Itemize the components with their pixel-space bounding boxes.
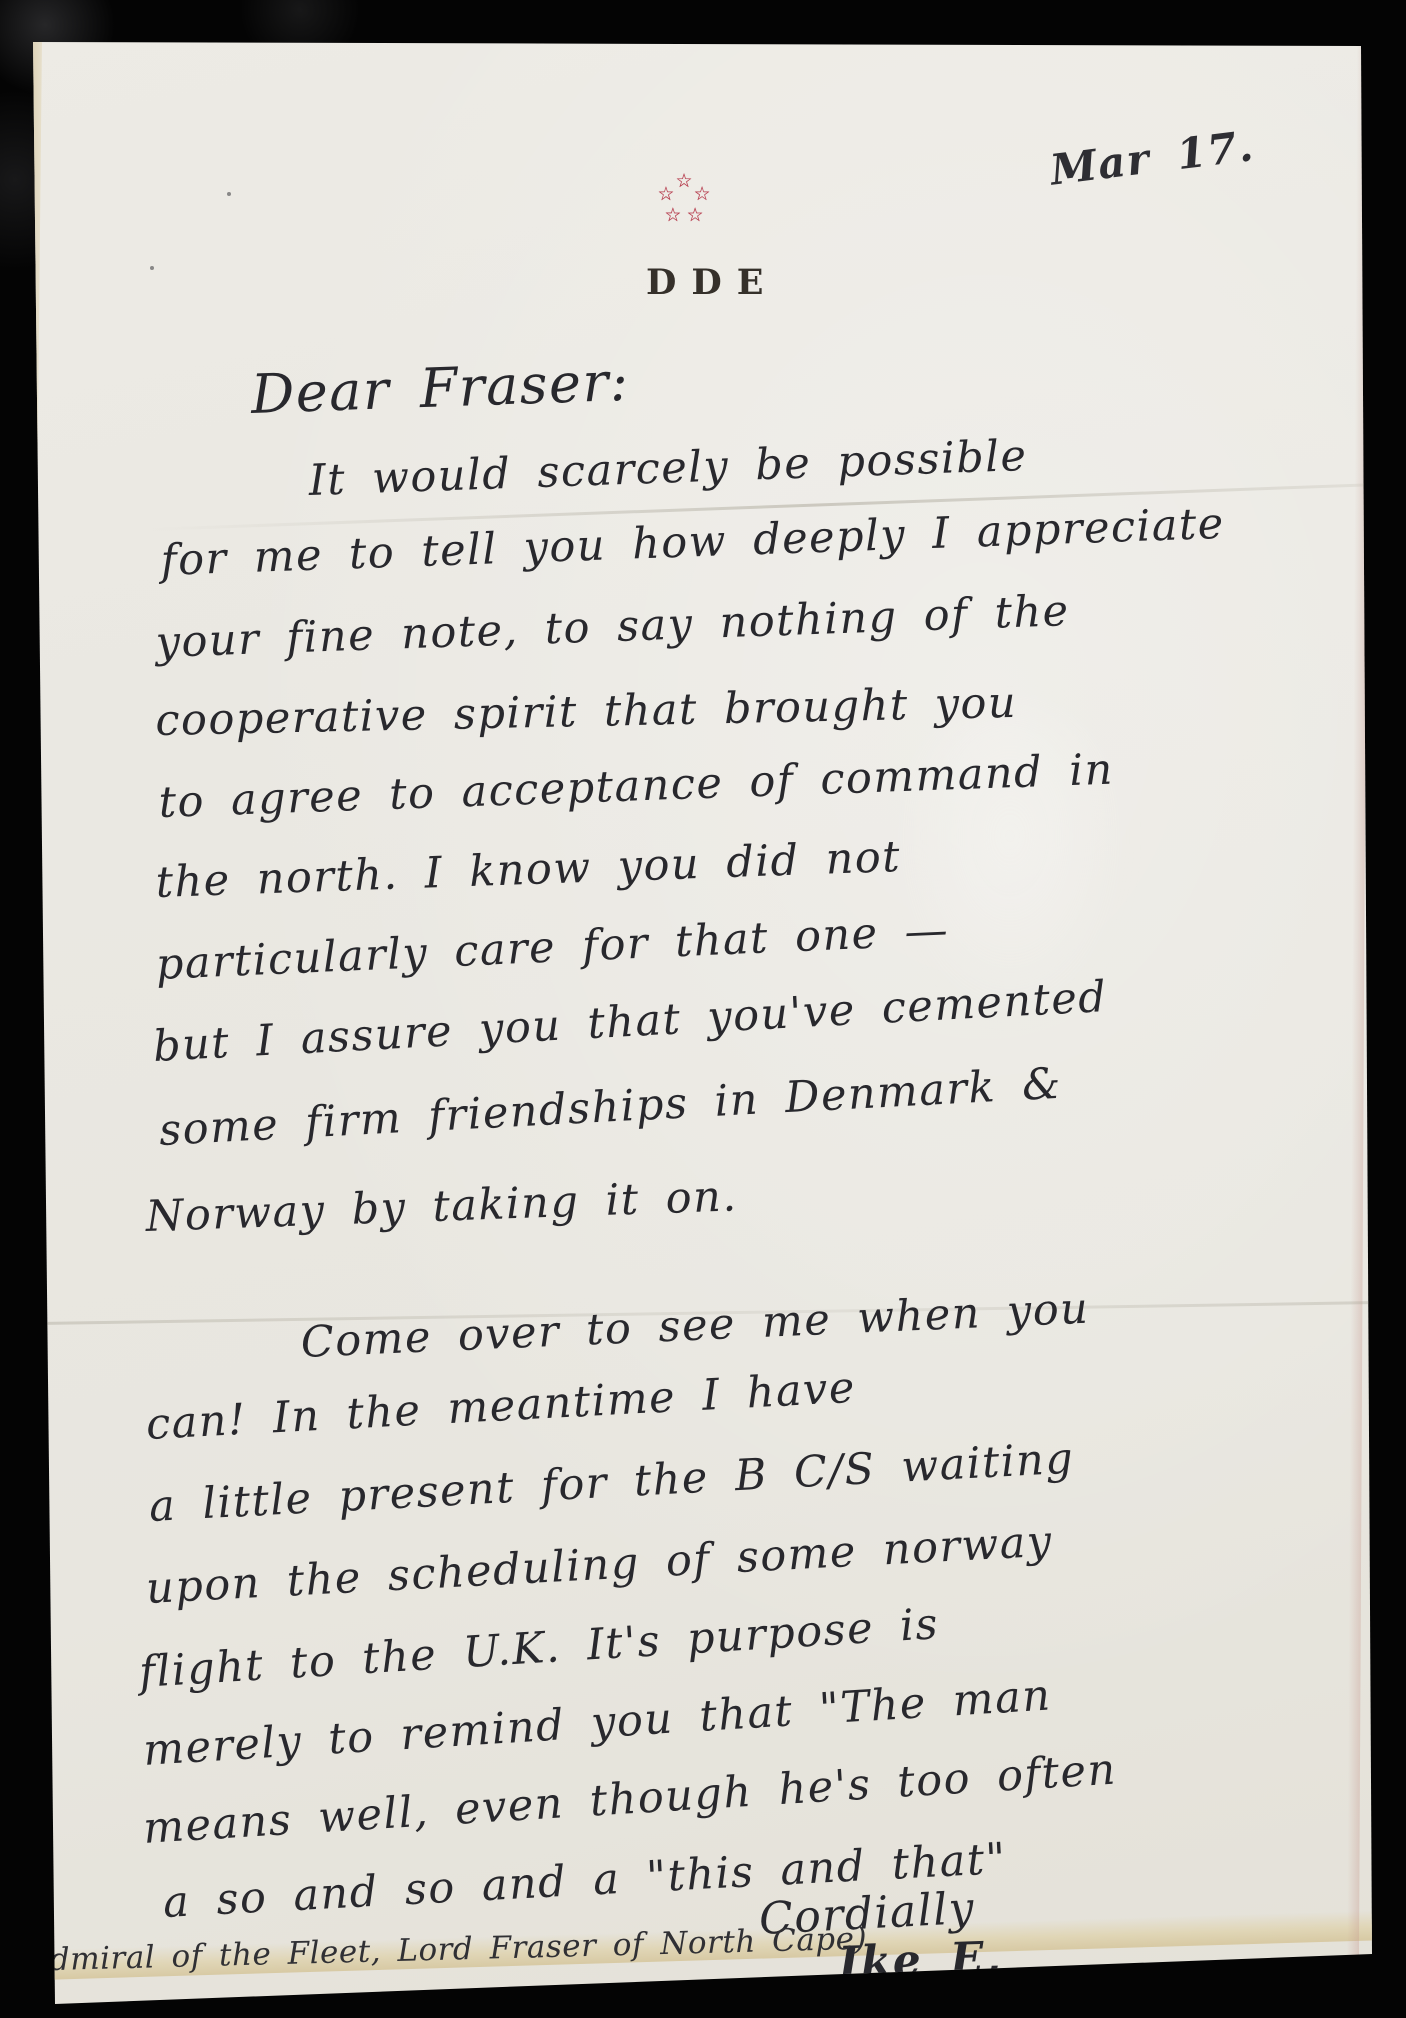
letterhead-initials: DDE	[646, 262, 778, 303]
handwritten-line: your fine note, to say nothing of the	[155, 590, 1070, 665]
handwritten-line: a little present for the B C/S waiting	[148, 1438, 1075, 1529]
footer-annotation: (Admiral of the Fleet, Lord Fraser of No…	[14, 1924, 867, 1977]
handwritten-line: particularly care for that one —	[155, 909, 950, 987]
handwritten-line: upon the scheduling of some norway	[145, 1520, 1054, 1610]
letter-photo: ☆ ☆ ☆ ☆ ☆ DDE Mar 17. Dear Fraser: It wo…	[0, 0, 1406, 2018]
handwritten-line: flight to the U.K. It's purpose is	[138, 1603, 940, 1695]
handwritten-line: for me to tell you how deeply I apprecia…	[160, 503, 1225, 583]
handwritten-line: the north. I know you did not	[155, 836, 902, 905]
paper-edge	[10, 40, 42, 2008]
star-icon: ☆	[655, 183, 678, 206]
paper-edge	[1347, 44, 1369, 1959]
dust-speck	[227, 192, 231, 196]
letter-paper: ☆ ☆ ☆ ☆ ☆ DDE Mar 17. Dear Fraser: It wo…	[0, 0, 1406, 2018]
handwritten-line: can! In the meantime I have	[145, 1367, 857, 1447]
handwritten-line: It would scarcely be possible	[308, 435, 1028, 503]
handwritten-line: Come over to see me when you	[300, 1288, 1090, 1365]
handwritten-line: to agree to acceptance of command in	[158, 749, 1114, 825]
star-icon: ☆	[660, 202, 685, 227]
five-star-emblem: ☆ ☆ ☆ ☆ ☆	[652, 168, 716, 232]
handwritten-line: cooperative spirit that brought you	[155, 682, 1018, 743]
dust-speck	[150, 266, 154, 270]
handwritten-line: some firm friendships in Denmark &	[158, 1063, 1063, 1153]
handwritten-line: Norway by taking it on.	[145, 1175, 738, 1239]
star-icon: ☆	[682, 202, 707, 227]
handwritten-date: Mar 17.	[1048, 125, 1257, 192]
handwritten-line: but I assure you that you've cemented	[152, 976, 1108, 1069]
salutation: Dear Fraser:	[250, 355, 630, 422]
